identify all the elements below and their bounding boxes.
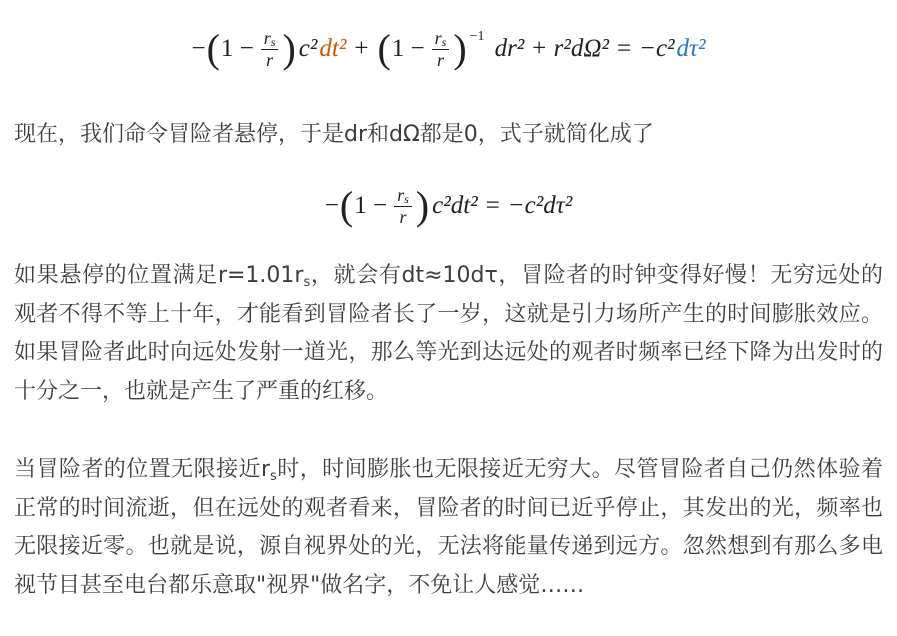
minus-sign: − [191,35,205,63]
right-paren: ) [281,29,296,69]
paragraph-time-dilation: 如果悬停的位置满足r=1.01rs，就会有dt≈10dτ，冒险者的时钟变得好慢！… [14,257,883,411]
plus-sign: + [354,35,368,63]
inverse-exponent: −1 [470,30,485,44]
one-minus-term: 1 − [354,192,387,220]
p2-text-before-sub: 如果悬停的位置满足r=1.01r [14,263,303,288]
paragraph-intro: 现在，我们命令冒险者悬停，于是dr和dΩ都是0，式子就简化成了 [14,116,883,155]
fraction-numerator-2: rs [432,28,450,50]
p3-text-before-sub: 当冒险者的位置无限接近r [14,457,270,482]
equals-sign: = [617,35,631,63]
c-squared-term: c² [299,35,318,63]
dt-squared-term-highlighted: dt² [319,35,346,63]
left-paren-2: ( [376,29,391,69]
s-subscript: s [271,35,276,49]
paragraph-intro-text: 现在，我们命令冒险者悬停，于是dr和dΩ都是0，式子就简化成了 [14,122,654,147]
rs-over-r-fraction-2: rs r [432,28,450,70]
right-paren-2: ) [452,29,467,69]
dr-omega-terms: dr² + r²dΩ² [495,35,609,63]
fraction-denominator-2: r [437,50,444,71]
p3-rs-subscript: s [270,469,277,484]
s-subscript-2: s [442,35,447,49]
left-paren: ( [206,29,221,69]
dtau-squared-term-highlighted: dτ² [677,35,706,63]
simplified-equation: − ( 1 − rs r ) c²dt² = −c²dτ² [14,185,883,227]
r-symbol: r [264,28,271,48]
paragraph-event-horizon: 当冒险者的位置无限接近rs时，时间膨胀也无限接近无穷大。尽管冒险者自己仍然体验着… [14,451,883,605]
c2dt2-term: c²dt² [432,192,478,220]
fraction-numerator: rs [261,28,279,50]
article-page: − ( 1 − rs r ) c² dt² + ( 1 − rs r ) −1 … [0,0,897,636]
neg-c2dtau2-term: −c²dτ² [508,192,572,220]
rs-over-r-fraction: rs r [394,185,412,227]
one-minus-term-2: 1 − [392,35,425,63]
fraction-denominator: r [266,50,273,71]
rs-over-r-fraction: rs r [261,28,279,70]
fraction-denominator: r [399,207,406,228]
one-minus-term: 1 − [221,35,254,63]
right-paren: ) [415,186,430,226]
fraction-numerator: rs [394,185,412,207]
left-paren: ( [339,186,354,226]
neg-c-squared-term: −c² [639,35,674,63]
s-subscript: s [404,192,409,206]
schwarzschild-metric-equation: − ( 1 − rs r ) c² dt² + ( 1 − rs r ) −1 … [14,28,883,70]
r-symbol-2: r [435,28,442,48]
equals-sign: = [486,192,500,220]
minus-sign: − [325,192,339,220]
